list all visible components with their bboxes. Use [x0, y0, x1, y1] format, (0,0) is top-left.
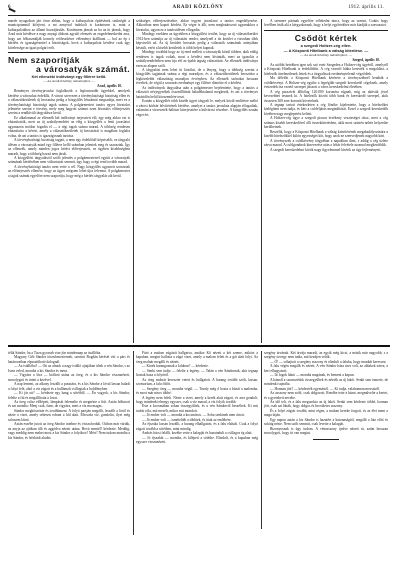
- newspaper-page: 6 ARADI KÖZLÖNY 1912. április 11. martér…: [8, 3, 388, 543]
- article-paragraph: Ez alkalommal az ellenzék két indítványt…: [8, 116, 130, 138]
- paragraph: Sándor megköszönte és továbbment. A foly…: [8, 409, 130, 422]
- article-paragraph: Beszélik, hogy a Központi Hitelbank a vá…: [264, 130, 388, 139]
- paragraph: — Az istállóba? — Ott az almok a nagy is…: [8, 364, 130, 373]
- paragraph: Fúró a malom zúgását hallgatva, amikor K…: [136, 351, 258, 364]
- column-divider: [261, 351, 262, 529]
- paragraph: — Vigyázz a lóra — kiáltott utána az öre…: [8, 373, 130, 382]
- paragraph: — Senki sem tudja — felelte a legény. — …: [136, 369, 258, 378]
- continued-paragraph: A szemere pártnak egyelőre vélekedni nin…: [264, 19, 388, 28]
- paragraph: Az öreg molnár keresztet vetett és hallg…: [136, 378, 258, 387]
- paragraph: Az éjszaka lassan leszállt, a harang elh…: [136, 422, 258, 431]
- article-headline: Csődöt kértek: [264, 34, 388, 43]
- feuilleton-column-3: szegény árvának. Két árvája maradt, az e…: [264, 351, 388, 440]
- column-divider: [261, 19, 262, 343]
- article-paragraph: A Holtzer-cég ügye a szegedi piacon érzé…: [264, 116, 388, 129]
- paragraph: Este a kocsmában sokan összegyűltek, és …: [136, 404, 258, 413]
- article-headline: Nem szaporítják a városatyák számát.: [8, 56, 130, 74]
- paragraph: A háznál a szomszédok összegyűltek és né…: [264, 378, 388, 387]
- issue-date: 1912. április 11.: [348, 5, 384, 10]
- paragraph: — Ki jár ott? — kérdezte egy hang a söté…: [8, 391, 130, 400]
- article-paragraph: A tegnap tartott értekezleten a cég főnö…: [264, 103, 388, 116]
- article-paragraph: A cég passzívái állítólag 120.000 koroná…: [264, 90, 388, 103]
- feuilleton-separator-rule: [8, 345, 390, 347]
- column-divider: [133, 19, 134, 343]
- paragraph: Egy napon aztán a kis Sándor is hazatért…: [264, 418, 388, 427]
- article-paragraph: Az utóbbi hetekben igen sok szó esett Sz…: [264, 63, 388, 76]
- paragraph: Ezután a közgyűlés több kisebb ügyet tár…: [136, 99, 258, 117]
- newspaper-title: ARADI KÖZLÖNY: [8, 5, 388, 10]
- paragraph: Mindegy továbbá hogy az új rend mellett …: [136, 50, 258, 68]
- paragraph: — Jó éjszakát — mondta, és kilépett a sö…: [136, 436, 258, 445]
- continued-paragraph: martér nyugodtan járt fenn abban, hogy a…: [8, 19, 130, 50]
- article-paragraph: Reményes törvényjavaslat foglalkozik a l…: [8, 89, 130, 116]
- feuilleton-column-1: télik Sándor, ha a Tisza gyorsab vize jö…: [8, 351, 130, 440]
- column-divider: [133, 351, 134, 535]
- article-paragraph: Ma délelőtt a Központi Hitelbank kérésér…: [264, 76, 388, 89]
- masthead-rule: [8, 15, 390, 16]
- paragraph: Bizonyosnak is úgy tudom. A vénasszony i…: [264, 427, 388, 436]
- headline-line-2: a városatyák számát.: [8, 65, 130, 74]
- article-paragraph: A törvényhatósági tanács nem vette a cél…: [8, 165, 130, 178]
- paragraph: Az asszony nem szólt, csak dolgozott. Re…: [264, 391, 388, 400]
- article-paragraph: A közgyűlési tárgyalásról szóló jelentés…: [8, 156, 130, 165]
- article-paragraph: A szegedi kereskedelmi körök nagy figyel…: [264, 148, 388, 152]
- paragraph: — Szegény öreg — mondta végül. — Tavaly …: [136, 387, 258, 396]
- paragraph: Mindegy ezekben az ügyekben a közgyűlési…: [136, 32, 258, 50]
- feuilleton-column-2: Fúró a malom zúgását hallgatva, amikor K…: [136, 351, 258, 445]
- paragraph: A falu végén megállt és nézett. A vén Sá…: [264, 364, 388, 373]
- paragraph: Aztán eszébe jutott az öreg Sándor intel…: [8, 422, 130, 440]
- paragraph: És a folyó zúgott tovább, mint régen, a …: [264, 409, 388, 418]
- paragraph: A nap lement, az alkony leszállt a puszt…: [8, 382, 130, 391]
- article-separator: [264, 30, 388, 31]
- paragraph: Magyary Géb Sándor törzsőrmesternek, sze…: [8, 355, 130, 364]
- paragraph: Az idő telt, és a falu megszokta az új l…: [264, 400, 388, 409]
- paragraph: A tárgyalást nem lehet itt közölni, de a…: [136, 68, 258, 86]
- masthead: 6 ARADI KÖZLÖNY 1912. április 11.: [8, 3, 388, 14]
- paragraph: szükséges előterjesztésekre, akkor tegye…: [136, 19, 258, 32]
- article-paragraph: A törvényszék a csődkérvény tárgyában a …: [264, 139, 388, 148]
- paragraph: A legény nem felelt. Nézte a vizet, amel…: [136, 396, 258, 405]
- paragraph: szegény árvának. Két árvája maradt, az e…: [264, 351, 388, 360]
- column-1: martér nyugodtan járt fenn abban, hogy a…: [8, 19, 130, 178]
- article-separator: [8, 52, 130, 53]
- end-of-article-rule: [313, 439, 339, 440]
- column-2: szükséges előterjesztésekre, akkor tegye…: [136, 19, 258, 117]
- paragraph: Az indítványok tárgyalása után a polgárm…: [136, 86, 258, 99]
- article-paragraph: A törvényhatósági bizottság tagjait, a n…: [8, 138, 130, 156]
- paragraph: András bácsi felállt, kezébe vette a kal…: [136, 431, 258, 435]
- paragraph: Az öreg csősz előlépett, lámpását feleme…: [8, 400, 130, 409]
- column-3: A szemere pártnak egyelőre vélekedni nin…: [264, 19, 388, 152]
